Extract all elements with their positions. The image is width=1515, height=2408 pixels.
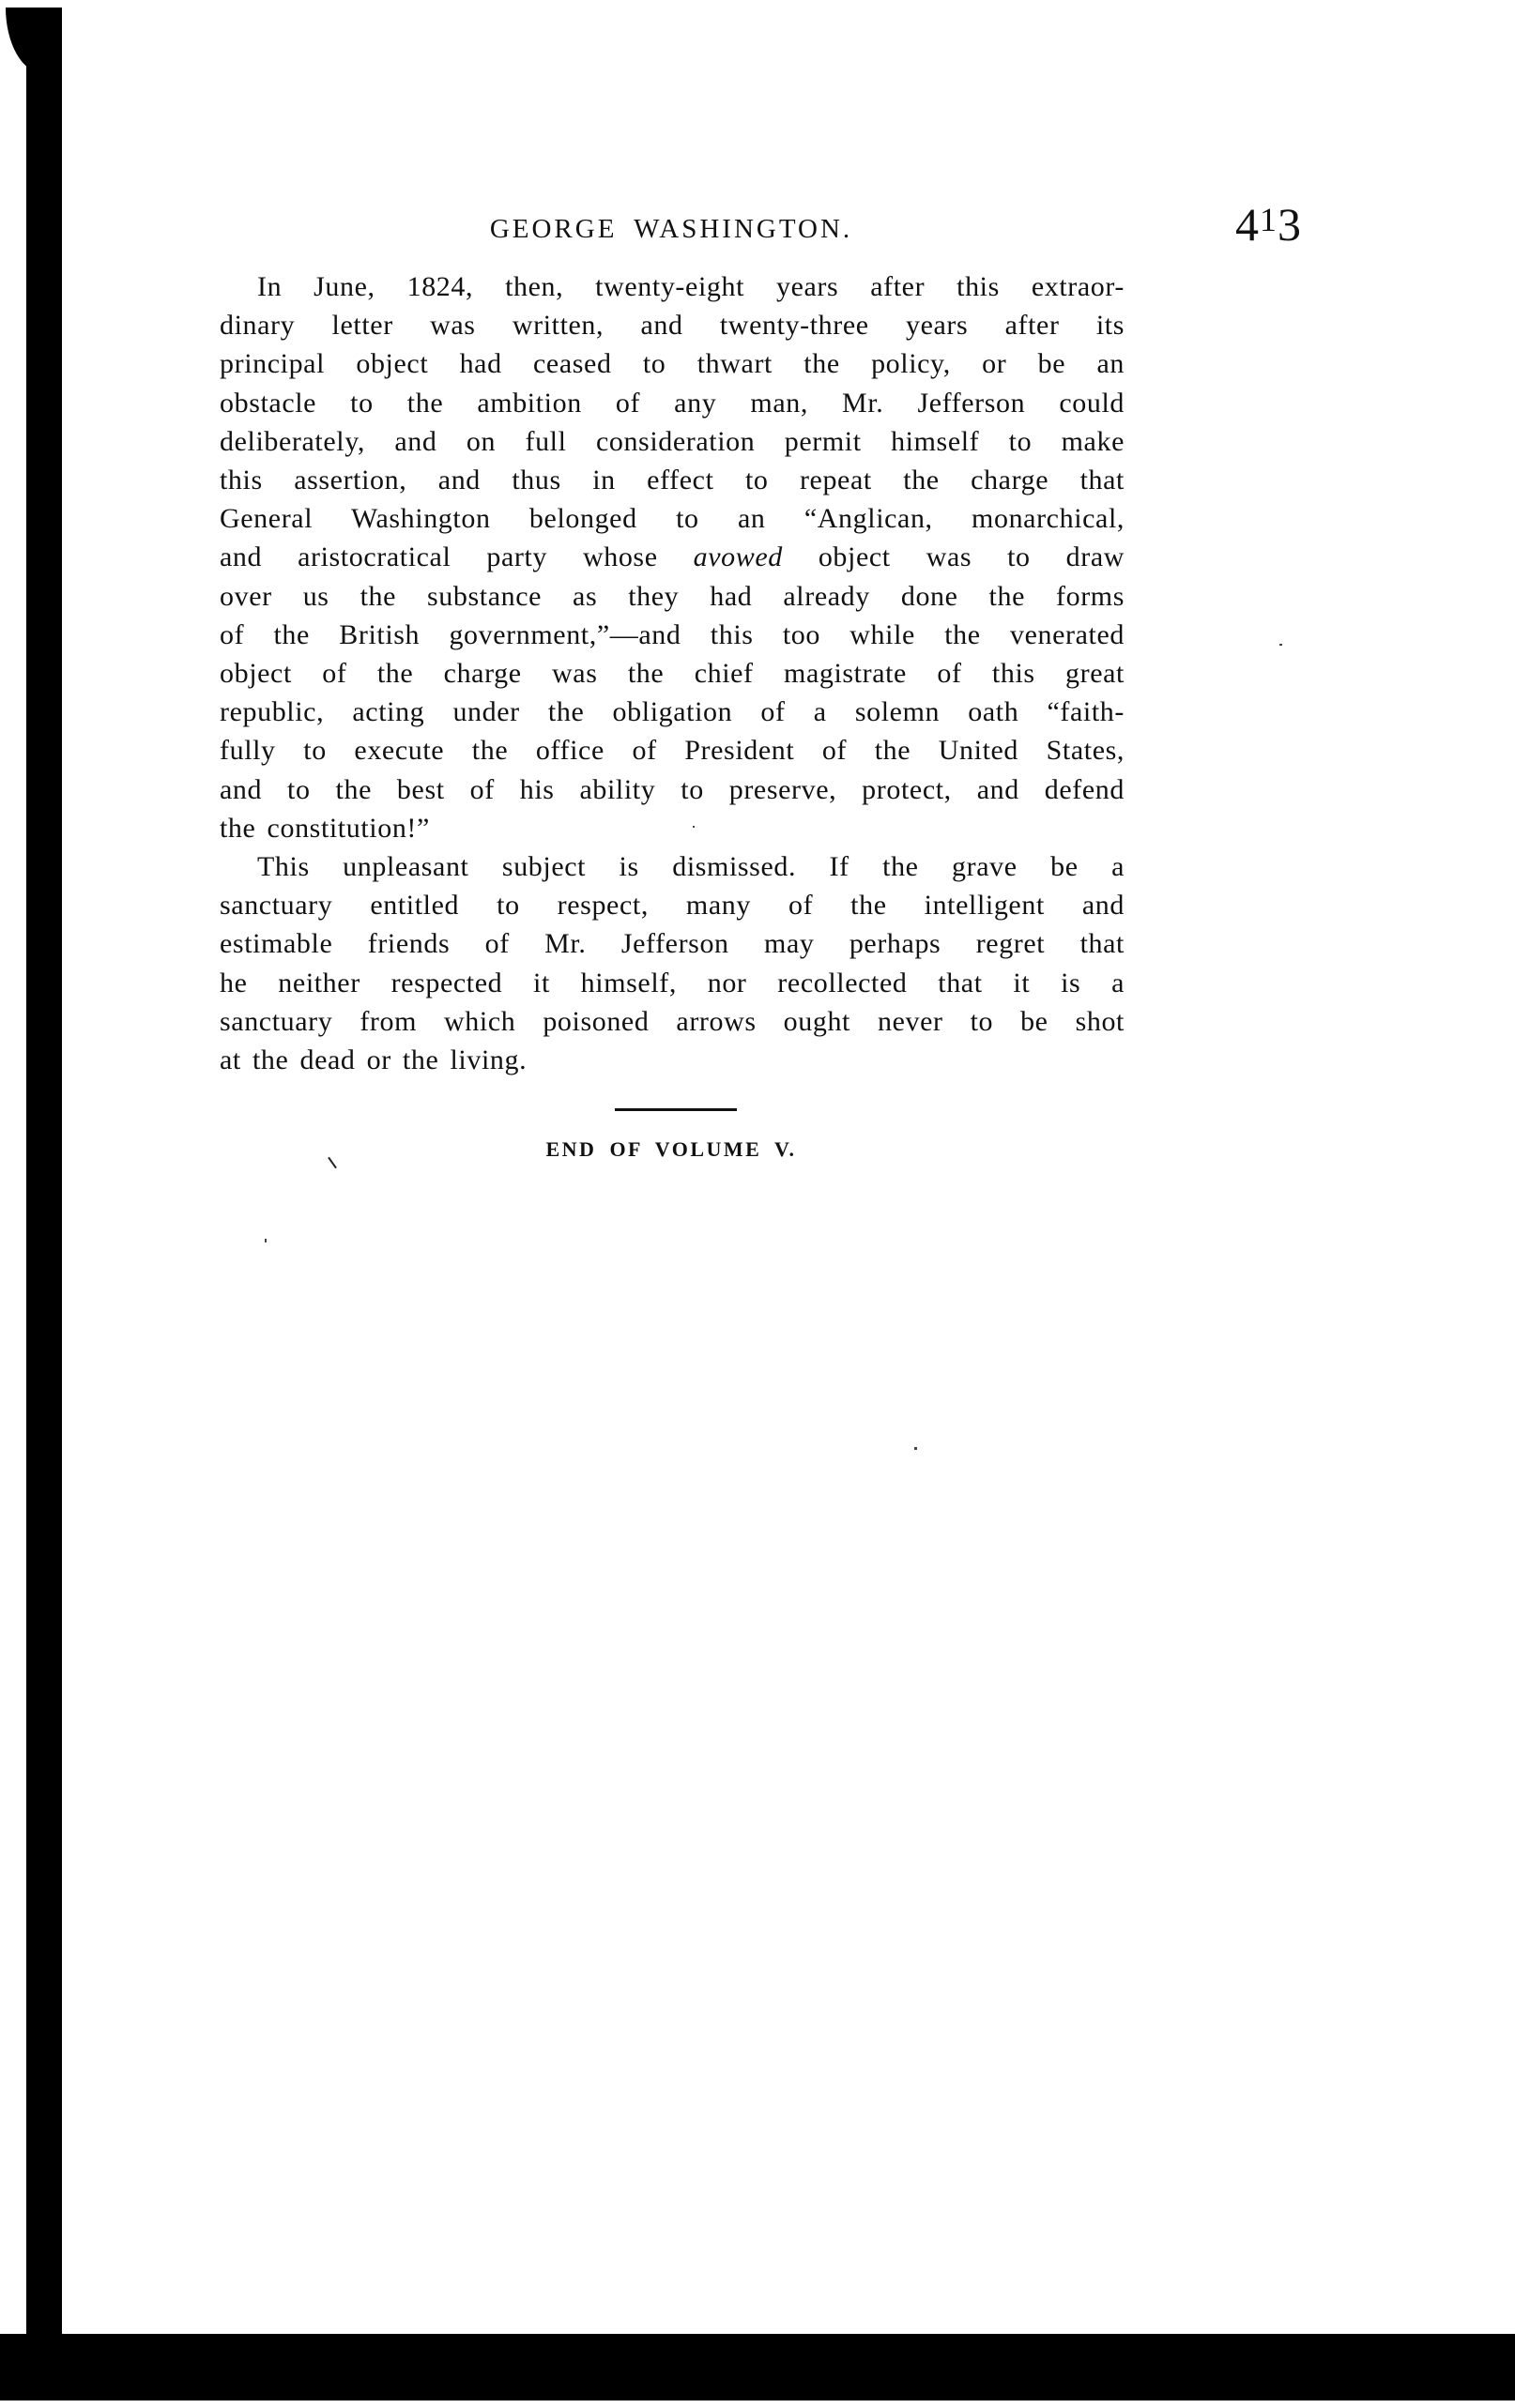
text-line: republic, acting under the obligation of…	[220, 693, 1125, 731]
text-line: and to the best of his ability to preser…	[220, 770, 1125, 809]
body-text: In June, 1824, then, twenty-eight years …	[220, 267, 1125, 1079]
text-line: and aristocratical party whose avowed ob…	[220, 538, 1125, 576]
text-line: estimable friends of Mr. Jefferson may p…	[220, 924, 1125, 963]
text-line: fully to execute the office of President…	[220, 731, 1125, 770]
page-number-digit: 4	[1235, 198, 1260, 251]
scan-speck	[265, 1239, 267, 1242]
page-number-digit: 1	[1260, 201, 1278, 238]
scan-edge-left	[26, 8, 62, 2400]
text-line: object of the charge was the chief magis…	[220, 654, 1125, 693]
text-line: this assertion, and thus in effect to re…	[220, 461, 1125, 499]
text-line: principal object had ceased to thwart th…	[220, 344, 1125, 383]
paragraph: This unpleasant subject is dismissed. If…	[220, 847, 1125, 1079]
text-line: he neither respected it himself, nor rec…	[220, 964, 1125, 1002]
text-line: dinary letter was written, and twenty-th…	[220, 306, 1125, 344]
text-line: sanctuary entitled to respect, many of t…	[220, 886, 1125, 924]
text-line: This unpleasant subject is dismissed. If…	[220, 847, 1125, 886]
scan-edge-bottom	[0, 2334, 1515, 2400]
text-line: obstacle to the ambition of any man, Mr.…	[220, 384, 1125, 422]
text-line: deliberately, and on full consideration …	[220, 422, 1125, 461]
page-number-digit: 3	[1278, 198, 1302, 251]
end-rule	[615, 1108, 737, 1111]
text-line: the constitution!”	[220, 809, 1125, 847]
end-of-volume-note: END OF VOLUME V.	[0, 1137, 1342, 1162]
scan-speck	[693, 826, 695, 828]
text-line: General Washington belonged to an “Angli…	[220, 499, 1125, 538]
paragraph: In June, 1824, then, twenty-eight years …	[220, 267, 1125, 847]
text-line: over us the substance as they had alread…	[220, 577, 1125, 616]
text-line: In June, 1824, then, twenty-eight years …	[220, 267, 1125, 306]
page-number: 413	[1235, 197, 1302, 251]
emphasis: avowed	[694, 541, 783, 572]
running-head: GEORGE WASHINGTON.	[0, 214, 1342, 245]
scan-speck	[914, 1447, 917, 1450]
text-line: sanctuary from which poisoned arrows oug…	[220, 1002, 1125, 1041]
text-line: at the dead or the living.	[220, 1041, 1125, 1079]
text-line: of the British government,”—and this too…	[220, 616, 1125, 654]
scan-speck	[1279, 644, 1282, 646]
